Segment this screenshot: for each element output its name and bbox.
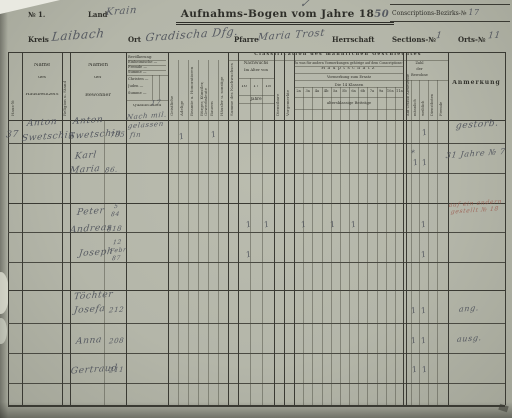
grid-line	[8, 405, 505, 407]
classification-title: Classification des männlichen Geschlecht…	[230, 53, 446, 58]
grid-line	[238, 78, 274, 79]
handwritten-entry: 212	[109, 305, 125, 314]
bewohner-col-line3: Bewohner	[70, 93, 126, 98]
handwritten-entry: Maria	[69, 164, 100, 176]
grid-line	[8, 203, 505, 204]
haus-nr-column-label: Haus-№	[11, 62, 15, 116]
right-rot-label: Fremde	[439, 62, 443, 116]
grid-line	[22, 52, 23, 405]
wide-header-line1: Zu was für andern Vormerkungen gehörige …	[294, 61, 404, 65]
right-rot-label: männlich	[413, 62, 417, 116]
handwritten-entry: 84	[111, 211, 121, 219]
grid-line	[294, 109, 404, 110]
handwritten-entry: 211	[109, 365, 125, 374]
class-code-cell: 7a	[367, 89, 376, 93]
handwritten-entry: Anna	[75, 335, 102, 347]
tally-tick-mark: 1	[300, 220, 307, 230]
mid-rot-label: Vorgemerkte	[286, 62, 290, 116]
class-code-cell: 4a	[312, 89, 321, 93]
qual-sum-row: Summe —	[128, 91, 164, 95]
tally-tick-mark: 1	[245, 220, 252, 230]
class-rot-label: Häusler u. sonstige	[220, 62, 224, 116]
handwritten-entry: Töchter	[73, 290, 113, 303]
grid-line	[238, 103, 274, 104]
grid-line	[411, 80, 412, 405]
handwritten-entry: Febr	[110, 246, 127, 254]
grid-line	[349, 87, 350, 405]
handwritten-entry: gestorb.	[455, 119, 499, 132]
grid-line	[126, 100, 168, 101]
handwritten-entry: 37	[5, 130, 19, 141]
grid-line	[303, 87, 304, 405]
grid-line	[377, 87, 378, 405]
religion-column-label: Religion u. Stand	[63, 62, 67, 116]
nachwuchs-sub: Im Alter von	[238, 68, 274, 72]
handwritten-entry: Joseph	[78, 247, 114, 259]
class-code-cell: 10a	[386, 89, 395, 93]
grid-line	[8, 262, 505, 263]
nachwuchs-title: Nachwuchs	[238, 61, 274, 65]
nachwuchs-age: 18	[262, 85, 274, 90]
handwritten-entry: 86.	[105, 166, 119, 175]
class-rot-label: Adelige	[180, 62, 184, 116]
wide-header-line4: Die 14 Klassen	[294, 82, 404, 87]
grid-line	[8, 353, 505, 354]
grid-line	[437, 80, 438, 405]
grid-line	[331, 87, 332, 405]
class-code-cell: 11a	[395, 89, 404, 93]
grid-line	[395, 87, 396, 405]
wide-header-line2: Hauptschatz	[294, 67, 404, 72]
class-rot-label: Beamte u. Honoratioren	[190, 62, 194, 116]
qual-sum-row: Christen —	[128, 77, 164, 81]
handwritten-entry: 87	[112, 255, 122, 263]
tally-tick-mark: 1	[245, 250, 252, 260]
grid-line	[238, 52, 239, 405]
bewohner-col-line1: Namen	[70, 63, 126, 69]
grid-line	[505, 52, 506, 405]
nachwuchs-age: 16	[238, 85, 250, 90]
handwritten-entry: Anton	[72, 115, 103, 127]
wide-header-line3: Vormerkung zum Ersatz	[294, 75, 404, 79]
grid-line	[250, 78, 251, 405]
mid-rot-label: Dienstbare	[276, 62, 280, 116]
name-col-line3: Hausbesitzers	[22, 93, 62, 98]
grid-line	[428, 80, 429, 405]
class-code-cell: 6a	[349, 89, 358, 93]
tally-tick-mark: 1	[420, 250, 427, 260]
handwritten-entry: 12	[113, 239, 123, 247]
handwritten-entry: Swetschin	[21, 130, 75, 144]
handwritten-entry: 785	[110, 130, 126, 139]
bewohner-col-line2: der	[70, 76, 126, 81]
qual-box-row: Summe —	[128, 70, 166, 74]
class-rot-label: Bürger, Künstler, Gewerbsleute	[200, 62, 208, 116]
handwritten-entry: Josefa	[73, 304, 106, 316]
handwritten-entry: 31 Jahre № 7	[445, 147, 506, 160]
grid-line	[419, 80, 420, 405]
handwritten-entry: ang.	[458, 303, 479, 313]
grid-line	[8, 383, 505, 384]
handwritten-entry: 818	[107, 224, 123, 233]
qual-box-row: Fremde —	[128, 65, 166, 69]
qual-sum-row: Juden —	[128, 84, 164, 88]
tally-tick-mark: 1	[410, 336, 417, 346]
class-code-cell: 5b	[340, 89, 349, 93]
grid-line	[386, 87, 387, 405]
handwritten-entry: ausg.	[456, 333, 482, 344]
tally-tick-mark: 1	[178, 132, 185, 142]
nachwuchs-sum-rot-label: Summe des Nachwuchses	[230, 62, 234, 116]
qual-box-row: Einheimische —	[128, 60, 166, 64]
handwritten-entry: 5	[114, 203, 119, 210]
anmerkung-column-label: Anmerkung	[448, 80, 505, 86]
grid-line	[262, 78, 263, 405]
handwritten-entry: ⁎	[410, 146, 416, 155]
tally-tick-mark: 1	[410, 306, 417, 316]
wide-header-line5: altersklassige Beiträge	[294, 100, 404, 105]
scanned-census-form: № 1. Land Krain ✓ Aufnahms-Bogen vom Jah…	[0, 0, 512, 418]
name-col-line2: des	[22, 76, 62, 81]
handwritten-entry: Anton	[26, 117, 57, 129]
qualification-label: Qualification	[126, 104, 168, 109]
nachwuchs-age: 17	[250, 85, 262, 90]
tally-tick-mark: 1	[329, 220, 336, 230]
tally-tick-mark: 1	[420, 220, 427, 230]
tally-tick-mark: 1	[420, 336, 427, 346]
class-code-cell: 5a	[331, 89, 340, 93]
handwritten-entry: Peter	[76, 206, 105, 218]
class-code-cell: 3a	[303, 89, 312, 93]
grid-line	[8, 143, 505, 144]
class-code-cell: 2a	[294, 89, 303, 93]
class-rot-label: Geistliche	[170, 62, 174, 116]
grid-line	[322, 87, 323, 405]
grid-line	[126, 75, 168, 76]
handwritten-entry: gelassen	[127, 120, 164, 130]
grid-line	[312, 87, 313, 405]
grid-line	[358, 87, 359, 405]
tally-tick-mark: 1	[263, 220, 270, 230]
handwritten-entry: fin	[130, 131, 142, 140]
grid-line	[8, 323, 505, 324]
grid-line	[367, 87, 368, 405]
tally-tick-mark: 1	[210, 130, 217, 140]
class-code-cell: 9a	[377, 89, 386, 93]
tally-tick-mark: 1	[411, 365, 418, 375]
handwritten-entry: 17	[151, 99, 162, 108]
qual-box-row: Bevölkerung:	[128, 55, 166, 59]
right-rot-label: Auf Urlaub Abwesende	[406, 62, 410, 116]
grid-line	[448, 52, 449, 405]
right-rot-label: Dienstboten	[430, 62, 434, 116]
class-rot-label: Bauern	[210, 62, 214, 116]
tally-tick-mark: 1	[350, 220, 357, 230]
grid-line	[294, 97, 404, 98]
nachwuchs-foot: Jahre	[238, 97, 274, 101]
handwritten-entry: Karl	[74, 150, 97, 161]
grid-line	[340, 87, 341, 405]
grid-line	[294, 87, 404, 88]
table-layer: Haus-№Religion u. StandNamedesHausbesitz…	[0, 0, 512, 418]
tally-tick-mark: 1	[420, 306, 427, 316]
class-code-cell: 6b	[358, 89, 367, 93]
class-code-cell: 4b	[322, 89, 331, 93]
handwritten-entry: 208	[109, 336, 125, 345]
grid-line	[104, 120, 105, 405]
right-rot-label: weiblich	[421, 62, 425, 116]
name-col-line1: Name	[22, 63, 62, 69]
